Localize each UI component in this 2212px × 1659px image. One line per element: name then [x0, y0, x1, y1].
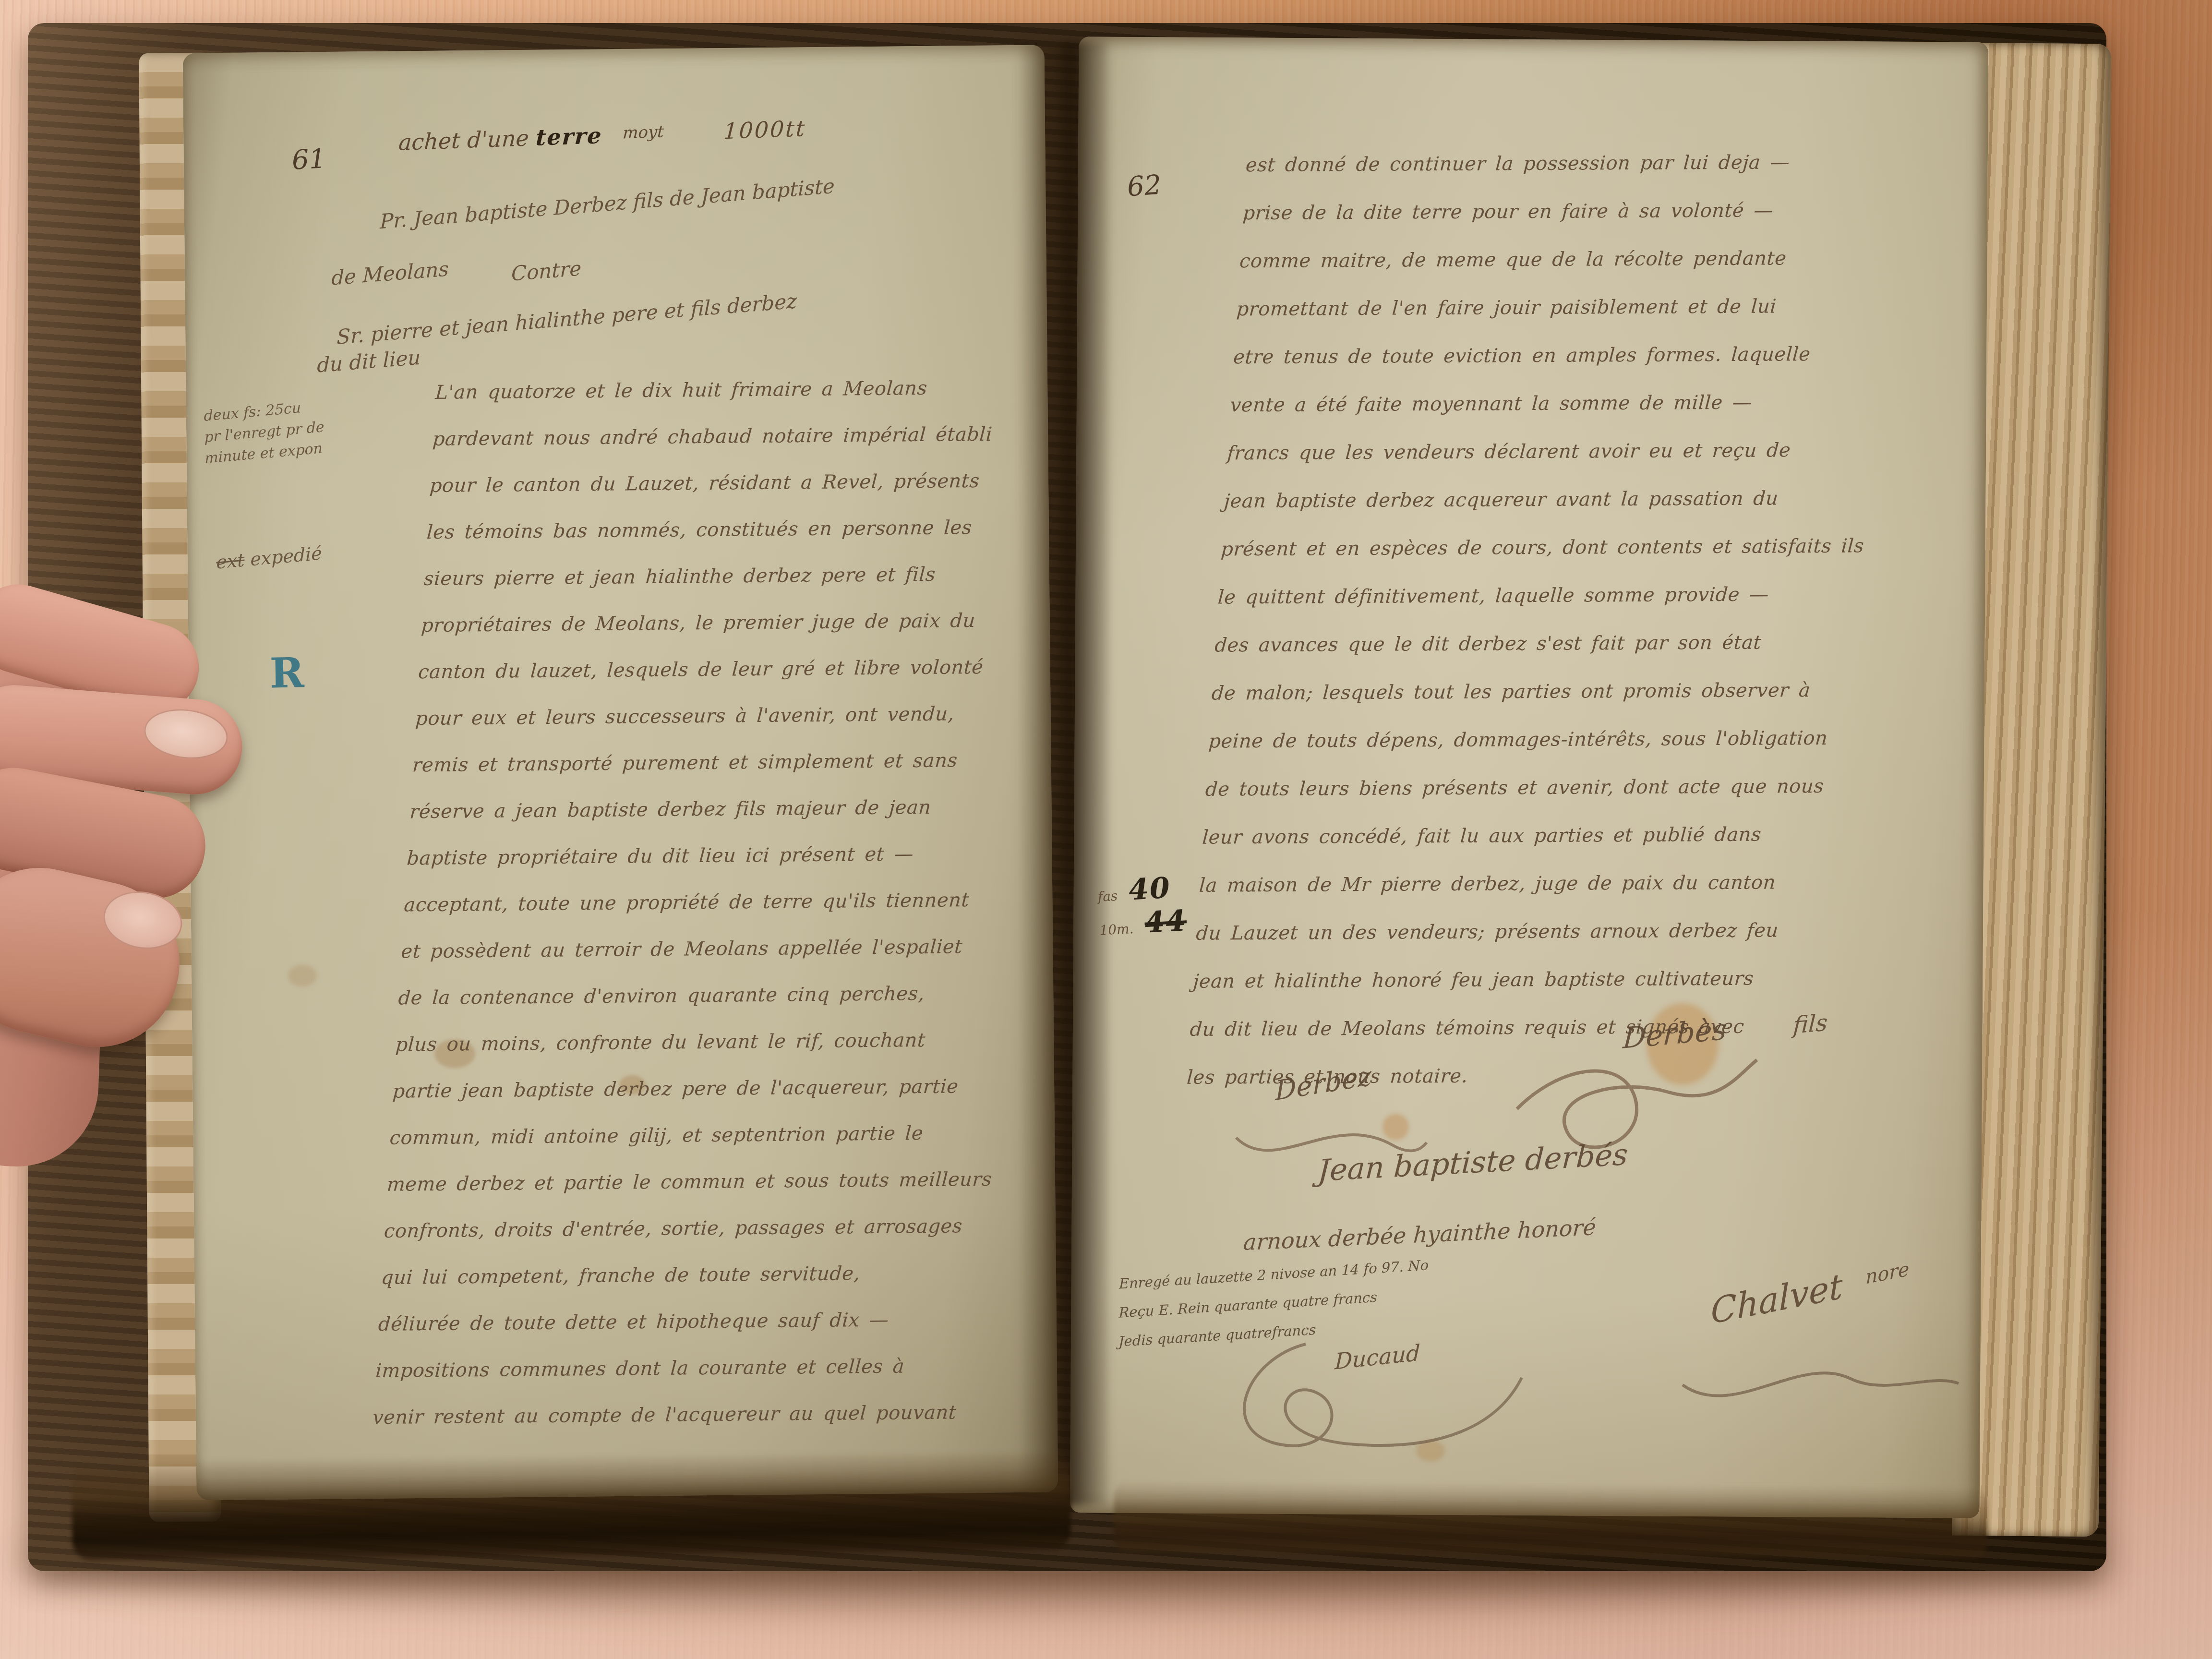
manuscript-line: impositions communes dont la courante et…: [373, 1355, 981, 1407]
manuscript-line: sieurs pierre et jean hialinthe derbez p…: [422, 563, 1030, 614]
manuscript-line: pardevant nous andré chabaud notaire imp…: [430, 423, 1038, 475]
manuscript-line: de la contenance d'environ quarante cinq…: [396, 982, 1004, 1034]
manuscript-line: venir restent au compte de l'acquereur a…: [371, 1401, 978, 1453]
manuscript-line: qui lui competent, franche de toute serv…: [379, 1262, 987, 1313]
manuscript-line: leur avons concédé, fait lu aux parties …: [1200, 823, 1846, 875]
manuscript-line: jean baptiste derbez acquereur avant la …: [1222, 487, 1868, 538]
tax-row: fas 40: [1096, 870, 1186, 908]
margin-fee-note: deux fs: 25cu pr l'enregt pr de minute e…: [204, 396, 325, 469]
manuscript-line: déliurée de toute dette et hipotheque sa…: [376, 1308, 984, 1360]
manuscript-line: de malon; lesquels tout les parties ont …: [1209, 679, 1855, 731]
manuscript-line: francs que les vendeurs déclarent avoir …: [1225, 439, 1871, 490]
manuscript-line: acceptant, toute une propriété de terre …: [402, 889, 1010, 940]
manuscript-line: présent et en espèces de cours, dont con…: [1218, 535, 1864, 586]
manuscript-line: pour le canton du Lauzet, résidant a Rev…: [427, 469, 1035, 521]
manuscript-line: baptiste propriétaire du dit lieu ici pr…: [405, 842, 1012, 894]
manuscript-line: des avances que le dit derbez s'est fait…: [1213, 631, 1859, 682]
manuscript-line: réserve a jean baptiste derbez fils maje…: [408, 795, 1015, 847]
tax-amount-corrected: 44: [1144, 904, 1188, 939]
manuscript-line: vente a été faite moyennant la somme de …: [1228, 391, 1874, 442]
left-page-body-text: L'an quatorze et le dix huit frimaire a …: [371, 376, 1041, 1453]
manuscript-line: promettant de l'en faire jouir paisiblem…: [1234, 295, 1880, 346]
signature-flourish: [1190, 1315, 1555, 1474]
manuscript-line: meme derbez et partie le commun et sous …: [385, 1168, 992, 1220]
manuscript-line: commun, midi antoine gilij, et septentri…: [387, 1122, 995, 1174]
photo-of-open-manuscript-book: { "colors":{"ink":"#5c4733","stamp_blue"…: [0, 0, 2212, 1659]
manuscript-line: la maison de Mr pierre derbez, juge de p…: [1197, 871, 1843, 923]
title-abbrev: moyt: [622, 122, 664, 143]
struck-word: ext: [216, 549, 245, 573]
manuscript-line: comme maitre, de meme que de la récolte …: [1237, 247, 1883, 298]
manuscript-line: confronts, droits d'entrée, sortie, pass…: [382, 1215, 990, 1267]
right-page-body-text: est donné de continuer la possession par…: [1184, 151, 1889, 1115]
manuscript-line: remis et transporté purement et simpleme…: [410, 749, 1018, 801]
manuscript-line: du Lauzet un des vendeurs; présents arno…: [1194, 919, 1840, 971]
notary-title-abbrev: nore: [1865, 1258, 1910, 1288]
title-text: achet d'une: [398, 125, 529, 156]
tax-label: fas: [1097, 888, 1118, 905]
manuscript-line: partie jean baptiste derbez pere de l'ac…: [390, 1075, 998, 1127]
manuscript-line: pour eux et leurs successeurs à l'avenir…: [413, 702, 1021, 754]
manuscript-line: plus ou moins, confronte du levant le ri…: [393, 1029, 1001, 1081]
signature-flourish: [1671, 1344, 1968, 1431]
manuscript-line: propriétaires de Meolans, le premier jug…: [419, 609, 1027, 661]
tax-row: 10m. 44: [1098, 904, 1188, 942]
manuscript-line: peine de touts dépens, dommages-intérêts…: [1206, 727, 1852, 779]
tax-label: 10m.: [1099, 921, 1134, 938]
blue-letter-stamp: R: [269, 649, 304, 697]
manuscript-line: etre tenus de toute eviction en amples f…: [1231, 343, 1877, 394]
manuscript-line: est donné de continuer la possession par…: [1243, 151, 1889, 202]
manuscript-line: et possèdent au terroir de Meolans appel…: [399, 936, 1007, 987]
right-page-number: 62: [1126, 169, 1163, 203]
manuscript-line: de touts leurs biens présents et avenir,…: [1203, 775, 1849, 827]
title-word-overwritten: terre: [535, 122, 603, 151]
manuscript-line: canton du lauzet, lesquels de leur gré e…: [416, 656, 1024, 708]
signature-suffix: fils: [1792, 1009, 1828, 1039]
book-gutter-shadow: [1018, 41, 1109, 1505]
manuscript-line: prise de la dite terre pour en faire à s…: [1240, 199, 1887, 250]
manuscript-line: le quittent définitivement, laquelle som…: [1215, 583, 1862, 634]
tax-amount: 40: [1128, 871, 1171, 907]
manuscript-line: jean et hialinthe honoré feu jean baptis…: [1190, 967, 1837, 1019]
right-margin-tax-note: fas 40 10m. 44: [1096, 870, 1187, 942]
right-page-worn-bottom-edge: [1113, 1480, 1987, 1559]
manuscript-line: L'an quatorze et le dix huit frimaire a …: [433, 376, 1041, 428]
left-page-number: 61: [291, 143, 327, 176]
left-page-worn-bottom-edge: [72, 1449, 1071, 1561]
title-amount: 1000tt: [723, 115, 807, 144]
manuscript-line: les témoins bas nommés, constitués en pe…: [425, 516, 1033, 568]
